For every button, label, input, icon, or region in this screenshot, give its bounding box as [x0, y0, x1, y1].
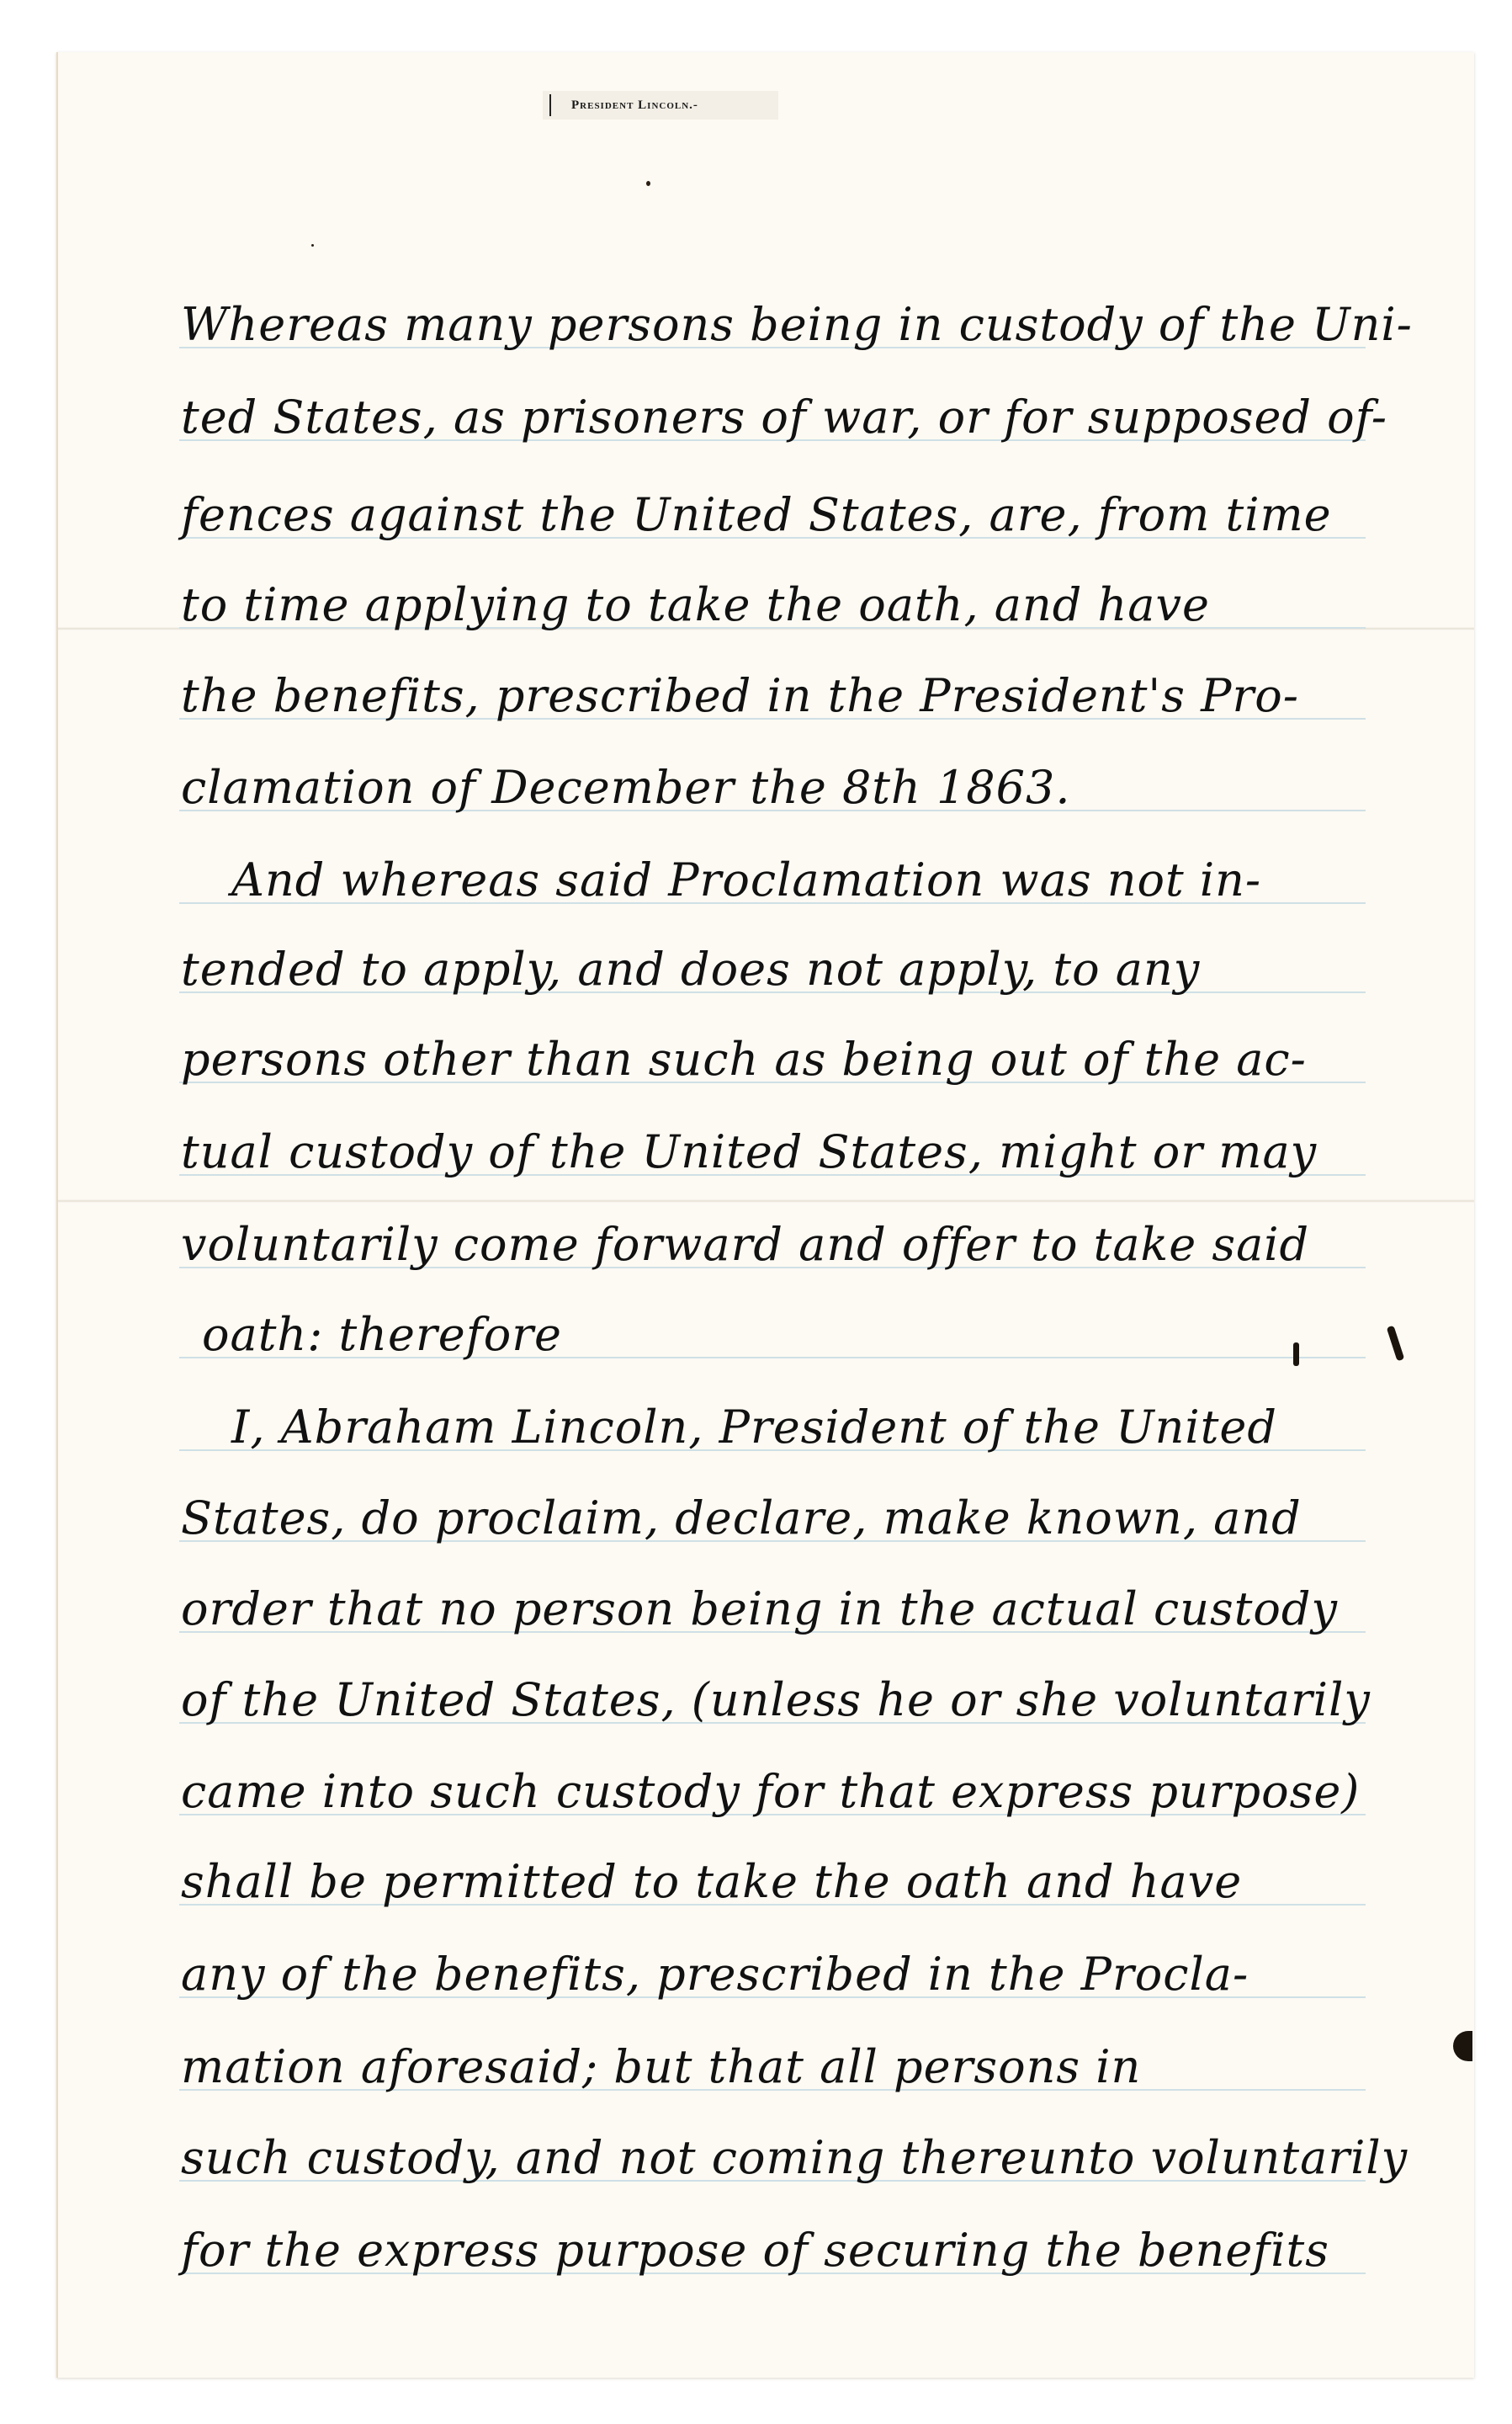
ink-blot [1293, 1342, 1299, 1366]
handwritten-line: such custody, and not coming thereunto v… [181, 2133, 1376, 2183]
handwritten-line: shall be permitted to take the oath and … [181, 1857, 1376, 1907]
handwritten-line: Whereas many persons being in custody of… [181, 300, 1376, 350]
handwritten-line: ted States, as prisoners of war, or for … [181, 392, 1376, 443]
handwritten-line: any of the benefits, prescribed in the P… [181, 1949, 1376, 2000]
handwritten-line: clamation of December the 8th 1863. [181, 763, 1376, 813]
handwritten-line: States, do proclaim, declare, make known… [181, 1493, 1376, 1544]
clipping-text: President Lincoln.- [571, 98, 698, 113]
handwritten-line: tended to apply, and does not apply, to … [181, 944, 1376, 995]
handwritten-line: oath: therefore [202, 1310, 1397, 1360]
handwritten-line: of the United States, (unless he or she … [181, 1675, 1376, 1725]
handwritten-line: tual custody of the United States, might… [181, 1127, 1376, 1177]
handwritten-line: voluntarily come forward and offer to ta… [181, 1220, 1376, 1270]
handwritten-line: persons other than such as being out of … [181, 1034, 1376, 1085]
clipping-rule-mark [549, 94, 551, 116]
handwritten-line: mation aforesaid; but that all persons i… [181, 2042, 1376, 2092]
handwritten-line: order that no person being in the actual… [181, 1584, 1376, 1635]
handwritten-line: came into such custody for that express … [181, 1767, 1376, 1817]
handwritten-line: I, Abraham Lincoln, President of the Uni… [231, 1402, 1426, 1453]
handwritten-line: And whereas said Proclamation was not in… [231, 855, 1426, 906]
ink-speck [646, 181, 650, 186]
fold-crease-lower [58, 1199, 1474, 1203]
ink-speck [311, 244, 314, 247]
handwritten-line: for the express purpose of securing the … [181, 2225, 1376, 2276]
handwritten-line: the benefits, prescribed in the Presiden… [181, 671, 1376, 721]
handwritten-line: to time applying to take the oath, and h… [181, 580, 1376, 630]
printed-clipping-label: President Lincoln.- [543, 91, 778, 120]
handwritten-line: fences against the United States, are, f… [181, 490, 1376, 540]
